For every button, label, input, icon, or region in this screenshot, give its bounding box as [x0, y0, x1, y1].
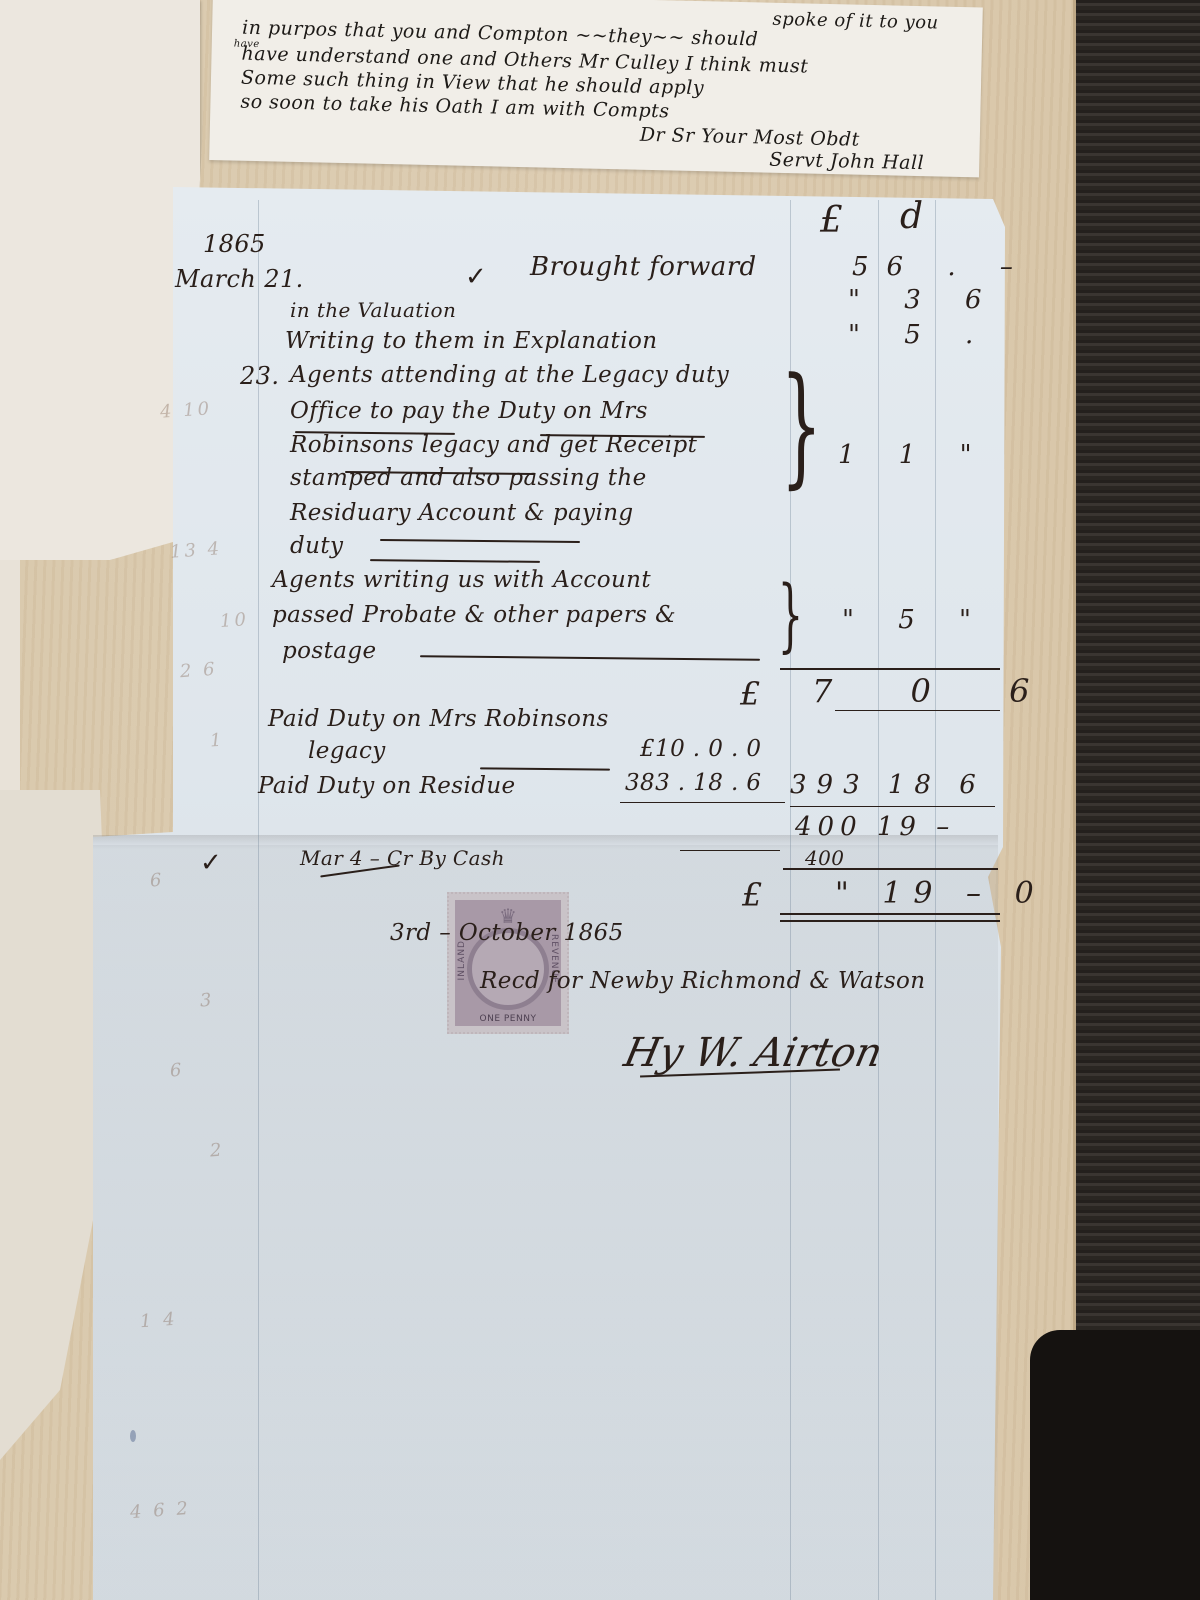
receipt-received-line: Recd for Newby Richmond & Watson: [480, 968, 925, 994]
cash-credit-line: Mar 4 – Cr By Cash: [300, 846, 505, 870]
entry-date: March 21.: [175, 265, 304, 293]
letter-closing: Dr Sr Your Most Obdt: [640, 124, 860, 151]
bleed-through-text: 1 4: [139, 1309, 178, 1333]
pound-sign: £: [740, 675, 761, 713]
brace-icon: }: [778, 575, 803, 655]
duty-inner-amount: £10 . 0 . 0: [640, 736, 761, 762]
entry-amount: " 5 .: [848, 320, 991, 350]
bleed-through-text: 1: [209, 730, 225, 752]
entry-description-line: duty: [290, 533, 343, 559]
bill-year: 1865: [203, 230, 266, 258]
check-mark-icon: ✓: [465, 262, 487, 292]
entry-description-line: Residuary Account & paying: [290, 500, 634, 526]
bleed-through-text: 4 6 2: [129, 1498, 191, 1523]
subtotal-amount: 7 0 6: [812, 672, 1063, 710]
balance-double-rule: [780, 913, 1000, 915]
bleed-through-text: 4 10: [159, 398, 212, 423]
entry-description-line: Agents writing us with Account: [272, 567, 651, 593]
receipt-date: 3rd – October 1865: [390, 920, 624, 946]
grand-total-rule: [790, 806, 995, 807]
balance-rule: [783, 868, 998, 870]
entry-description: in the Valuation: [290, 298, 456, 322]
duty-description-line: legacy: [308, 738, 386, 764]
entry-description-line: passed Probate & other papers &: [272, 602, 676, 628]
bleed-through-text: 3: [199, 990, 215, 1012]
grand-total-amount: 400 19 –: [795, 812, 955, 842]
pounds-column-header: £: [820, 200, 843, 241]
bleed-through-text: 13 4: [169, 538, 222, 563]
check-mark-icon: ✓: [200, 848, 222, 878]
duty-carried-amount: 393 18 6: [790, 770, 986, 800]
duty-description: Paid Duty on Residue: [258, 773, 516, 799]
entry-description-line: postage: [282, 638, 376, 664]
entry-description: Brought forward: [530, 252, 757, 282]
ink-blot: [130, 1430, 136, 1442]
brace-icon: }: [781, 360, 822, 490]
duty-inner-amount: 383 . 18 . 6: [625, 770, 761, 796]
balance-amount: " 19 – 0: [835, 876, 1046, 911]
duty-underline: [620, 802, 785, 803]
shoe-shadow: [1030, 1330, 1200, 1600]
entry-description-line: Robinsons legacy and get Receipt: [290, 432, 697, 458]
subtotal-underline: [835, 710, 1000, 711]
entry-description: Writing to them in Explanation: [285, 328, 657, 354]
bleed-through-text: 10: [219, 609, 249, 632]
letter-top-cut-text: spoke of it to you: [772, 9, 939, 34]
subtotal-rule: [780, 668, 1000, 670]
left-paper-sheet-edge: [0, 560, 20, 810]
duty-description-line: Paid Duty on Mrs Robinsons: [268, 706, 609, 732]
bleed-through-text: 2 6: [179, 659, 218, 683]
stamp-left-text: INLAND: [457, 940, 467, 980]
entry-amount: 56 . –: [852, 252, 1031, 282]
entry-amount: " 5 ": [842, 605, 989, 635]
cash-credit-amount: 400: [805, 846, 844, 870]
bleed-through-text: 6: [169, 1060, 185, 1082]
entry-description-line: stamped and also passing the: [290, 465, 647, 491]
entry-amount: 1 1 ": [838, 440, 990, 470]
revenue-stamp: ♛ INLAND REVENUE ONE PENNY: [447, 892, 569, 1034]
letter-fragment: spoke of it to you in purpos that you an…: [209, 0, 983, 177]
ruled-margin-line: [258, 200, 259, 1600]
balance-double-rule: [780, 920, 1000, 922]
pound-sign: £: [742, 876, 763, 914]
entry-amount: " 3 6: [848, 285, 1000, 315]
entry-description-line: Office to pay the Duty on Mrs: [290, 398, 648, 424]
bleed-through-text: 6: [149, 870, 165, 892]
receipt-signature: Hy W. Airton: [620, 1030, 886, 1076]
entry-description-line: Agents attending at the Legacy duty: [290, 362, 729, 388]
entry-date: 23.: [240, 362, 279, 390]
stamp-value: ONE PENNY: [455, 1014, 561, 1024]
pence-column-header: d: [900, 196, 923, 237]
letter-signature: Servt John Hall: [769, 149, 924, 175]
bleed-through-text: 2: [209, 1140, 225, 1162]
dash-rule: [680, 850, 780, 851]
left-paper-sheet-top: [0, 0, 200, 560]
